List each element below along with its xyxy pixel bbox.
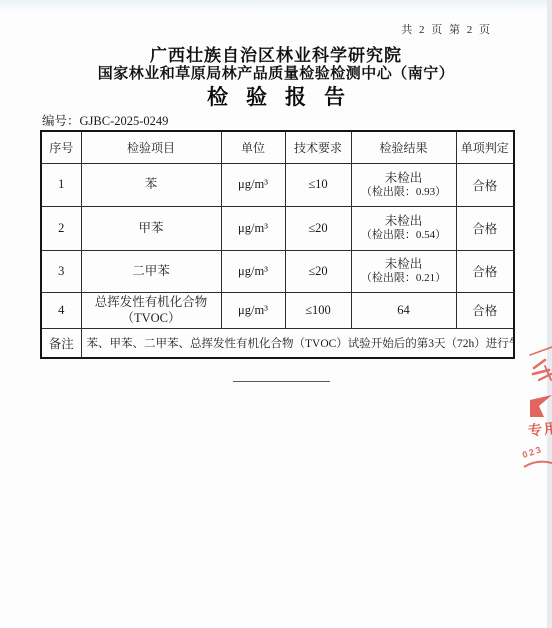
cell-result: 64 (351, 292, 456, 328)
cell-judgment: 合格 (456, 292, 514, 328)
cell-no: 3 (41, 250, 81, 292)
table-header-row: 序号 检验项目 单位 技术要求 检验结果 单项判定 (41, 131, 514, 163)
results-table: 序号 检验项目 单位 技术要求 检验结果 单项判定 1 苯 μg/m³ ≤10 … (40, 130, 515, 359)
report-number: 编号：GJBC-2025-0249 (42, 111, 168, 129)
cell-unit: μg/m³ (221, 163, 285, 206)
cell-no: 2 (41, 206, 81, 250)
cell-requirement: ≤20 (285, 206, 351, 250)
col-header-item: 检验项目 (81, 131, 221, 163)
col-header-judgment: 单项判定 (456, 131, 514, 163)
remark-row: 备注 苯、甲苯、二甲苯、总挥发性有机化合物（TVOC）试验开始后的第3天（72h… (41, 328, 514, 358)
org-name-line2: 国家林业和草原局林产品质量检验检测中心（南宁） (0, 62, 552, 83)
col-header-unit: 单位 (221, 131, 285, 163)
cell-item: 甲苯 (81, 206, 221, 250)
cell-judgment: 合格 (456, 163, 514, 206)
stamp-flag-icon (529, 395, 552, 419)
cell-item: 二甲苯 (81, 250, 221, 292)
cell-no: 4 (41, 292, 81, 328)
cell-judgment: 合格 (456, 250, 514, 292)
table-row: 1 苯 μg/m³ ≤10 未检出 （检出限：0.93） 合格 (41, 163, 514, 206)
cell-requirement: ≤100 (285, 292, 351, 328)
cell-unit: μg/m³ (221, 250, 285, 292)
cell-result: 未检出 （检出限：0.93） (351, 163, 456, 206)
cell-no: 1 (41, 163, 81, 206)
cell-result: 未检出 （检出限：0.21） (351, 250, 456, 292)
cell-item: 苯 (81, 163, 221, 206)
report-number-label: 编号： (42, 114, 80, 128)
col-header-result: 检验结果 (351, 131, 456, 163)
remark-label: 备注 (41, 328, 81, 358)
signature-line (233, 381, 330, 382)
report-title: 检验报告 (0, 81, 552, 111)
cell-requirement: ≤10 (285, 163, 351, 206)
stamp-arc-icon (523, 457, 552, 469)
table-row: 2 甲苯 μg/m³ ≤20 未检出 （检出限：0.54） 合格 (41, 206, 514, 250)
cell-item: 总挥发性有机化合物 （TVOC） (81, 292, 221, 328)
col-header-no: 序号 (41, 131, 81, 163)
report-number-value: GJBC-2025-0249 (80, 114, 169, 128)
remark-text: 苯、甲苯、二甲苯、总挥发性有机化合物（TVOC）试验开始后的第3天（72h）进行… (81, 328, 514, 358)
cell-result: 未检出 （检出限：0.54） (351, 206, 456, 250)
col-header-requirement: 技术要求 (285, 131, 351, 163)
cell-requirement: ≤20 (285, 250, 351, 292)
cell-unit: μg/m³ (221, 206, 285, 250)
stamp-fragment-icon (529, 346, 552, 388)
table-row: 4 总挥发性有机化合物 （TVOC） μg/m³ ≤100 64 合格 (41, 292, 514, 328)
page-number: 共 2 页 第 2 页 (401, 21, 492, 37)
cell-unit: μg/m³ (221, 292, 285, 328)
table-row: 3 二甲苯 μg/m³ ≤20 未检出 （检出限：0.21） 合格 (41, 250, 514, 292)
stamp-text-zhuanyong: 专用 (527, 417, 552, 440)
cell-judgment: 合格 (456, 206, 514, 250)
report-page: 共 2 页 第 2 页 广西壮族自治区林业科学研究院 国家林业和草原局林产品质量… (0, 0, 552, 628)
